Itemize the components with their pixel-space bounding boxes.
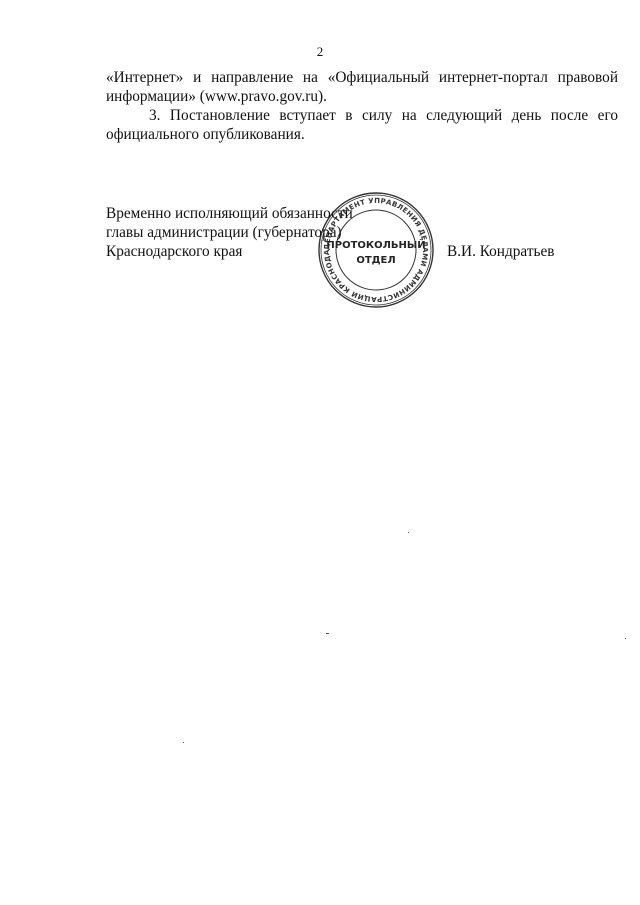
scan-speck (625, 638, 626, 639)
stamp-center-text: ОТДЕЛ (356, 255, 395, 266)
scan-speck (408, 532, 409, 533)
signatory-name: В.И. Кондратьев (447, 242, 555, 261)
body-text: «Интернет» и направление на «Официальный… (106, 68, 618, 144)
page-number: 2 (0, 44, 640, 60)
scan-speck (326, 633, 329, 634)
paragraph-line: «Интернет» и направление на «Официальный… (106, 68, 618, 87)
scan-speck (183, 742, 184, 743)
paragraph-3-line: официального опубликования. (106, 125, 618, 144)
paragraph-line: информации» (www.pravo.gov.ru). (106, 87, 618, 106)
official-stamp-icon: ДЕПАРТАМЕНТ УПРАВЛЕНИЯ ДЕЛАМИ АДМИНИСТРА… (316, 190, 436, 310)
paragraph-3-line: 3. Постановление вступает в силу на след… (106, 106, 618, 125)
stamp-center-text: ПРОТОКОЛЬНЫЙ (326, 238, 425, 251)
